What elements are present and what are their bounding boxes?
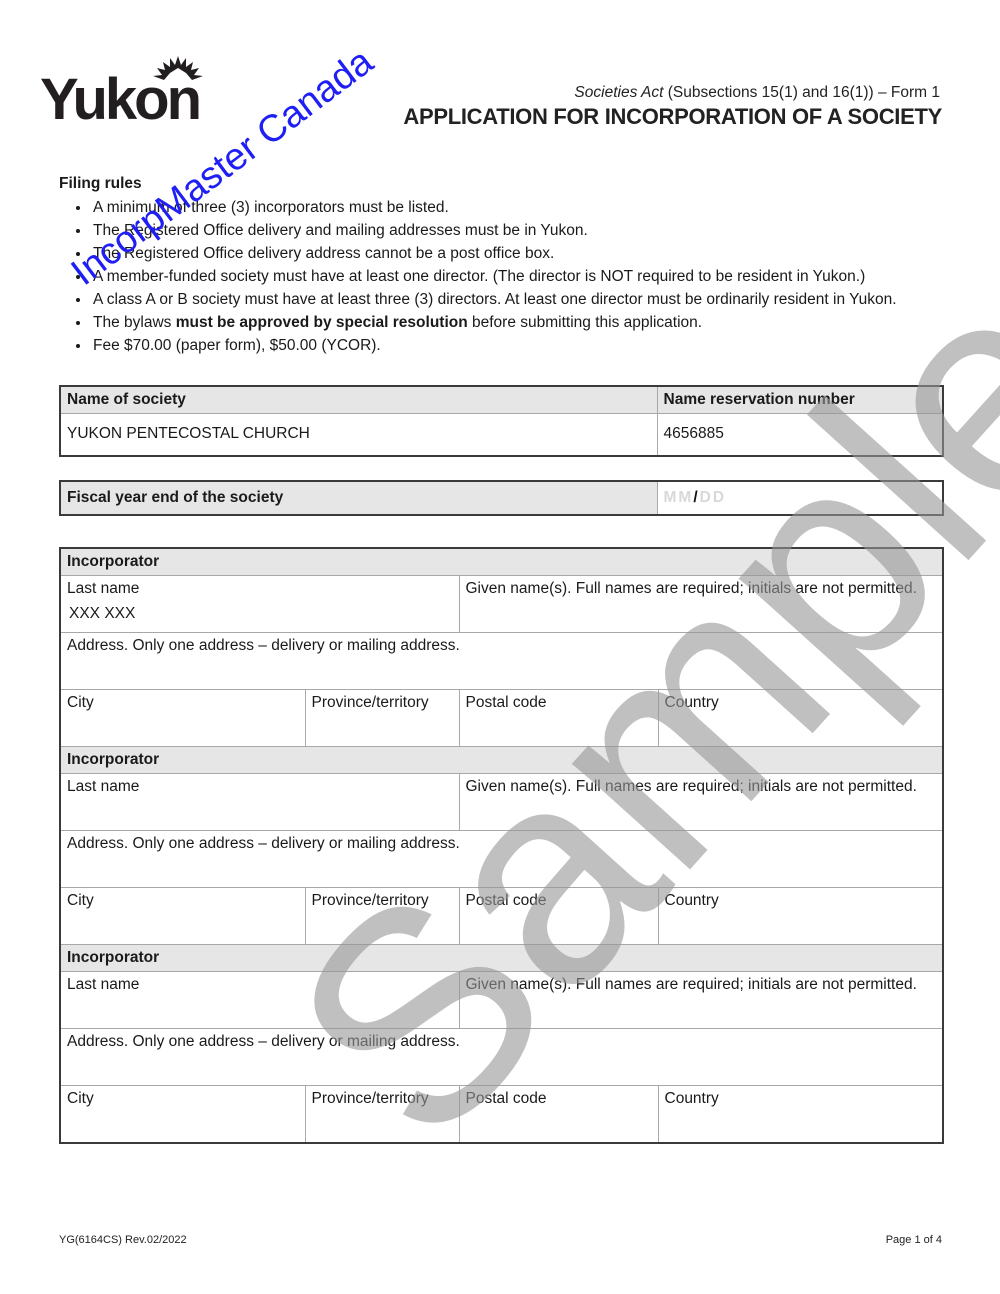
given-names-label: Given name(s). Full names are required; … [466, 580, 937, 598]
address-field[interactable]: Address. Only one address – delivery or … [60, 831, 943, 888]
country-field[interactable]: Country [658, 690, 943, 747]
province-field[interactable]: Province/territory [305, 1086, 459, 1143]
fiscal-year-field[interactable]: MM/DD [657, 481, 943, 515]
list-item: The bylaws must be approved by special r… [91, 311, 959, 334]
form-subtitle: Societies Act (Subsections 15(1) and 16(… [574, 84, 940, 102]
act-subsections: (Subsections 15(1) and 16(1)) – Form 1 [663, 84, 940, 101]
given-names-field[interactable]: Given name(s). Full names are required; … [459, 576, 943, 633]
rule-text: The bylaws [93, 314, 176, 331]
filing-rules-heading: Filing rules [59, 174, 959, 194]
address-label: Address. Only one address – delivery or … [67, 835, 936, 853]
fiscal-year-label: Fiscal year end of the society [60, 481, 657, 515]
filing-rules-list: A minimum of three (3) incorporators mus… [59, 196, 959, 357]
reservation-number-label: Name reservation number [657, 386, 943, 414]
yukon-logo: Yukon [40, 56, 225, 131]
society-name-table: Name of society Name reservation number … [59, 385, 944, 457]
last-name-label: Last name [67, 778, 453, 796]
incorporators-table: Incorporator Last nameXXX XXX Given name… [59, 547, 944, 1144]
incorporator-heading: Incorporator [60, 747, 943, 774]
province-label: Province/territory [312, 892, 453, 910]
city-field[interactable]: City [60, 690, 305, 747]
postal-code-field[interactable]: Postal code [459, 690, 658, 747]
rule-text: before submitting this application. [468, 314, 702, 331]
country-field[interactable]: Country [658, 888, 943, 945]
address-field[interactable]: Address. Only one address – delivery or … [60, 1029, 943, 1086]
city-label: City [67, 694, 299, 712]
country-label: Country [665, 892, 937, 910]
last-name-label: Last name [67, 580, 453, 598]
list-item: A minimum of three (3) incorporators mus… [91, 196, 959, 219]
last-name-field[interactable]: Last nameXXX XXX [60, 576, 459, 633]
reservation-number-field[interactable]: 4656885 [657, 414, 943, 456]
city-field[interactable]: City [60, 888, 305, 945]
city-label: City [67, 1090, 299, 1108]
address-label: Address. Only one address – delivery or … [67, 637, 936, 655]
incorporator-heading: Incorporator [60, 945, 943, 972]
incorporator-heading: Incorporator [60, 548, 943, 576]
given-names-label: Given name(s). Full names are required; … [466, 976, 937, 994]
province-field[interactable]: Province/territory [305, 888, 459, 945]
postal-code-field[interactable]: Postal code [459, 1086, 658, 1143]
city-label: City [67, 892, 299, 910]
city-field[interactable]: City [60, 1086, 305, 1143]
last-name-field[interactable]: Last name [60, 972, 459, 1029]
society-name-label: Name of society [60, 386, 657, 414]
page-title: APPLICATION FOR INCORPORATION OF A SOCIE… [403, 104, 942, 130]
given-names-label: Given name(s). Full names are required; … [466, 778, 937, 796]
postal-code-label: Postal code [466, 1090, 652, 1108]
fiscal-year-placeholder: MM/DD [664, 489, 727, 506]
country-label: Country [665, 1090, 937, 1108]
rule-emphasis: must be approved by special resolution [176, 314, 468, 331]
day-placeholder: DD [700, 489, 726, 506]
list-item: The Registered Office delivery address c… [91, 242, 959, 265]
postal-code-label: Postal code [466, 892, 652, 910]
month-placeholder: MM [664, 489, 694, 506]
address-label: Address. Only one address – delivery or … [67, 1033, 936, 1051]
filing-rules: Filing rules A minimum of three (3) inco… [59, 174, 959, 357]
province-label: Province/territory [312, 1090, 453, 1108]
province-field[interactable]: Province/territory [305, 690, 459, 747]
form-code: YG(6164CS) Rev.02/2022 [59, 1234, 187, 1246]
last-name-field[interactable]: Last name [60, 774, 459, 831]
country-field[interactable]: Country [658, 1086, 943, 1143]
list-item: Fee $70.00 (paper form), $50.00 (YCOR). [91, 334, 959, 357]
page-number: Page 1 of 4 [886, 1234, 942, 1246]
last-name-value: XXX XXX [67, 605, 453, 623]
province-label: Province/territory [312, 694, 453, 712]
given-names-field[interactable]: Given name(s). Full names are required; … [459, 972, 943, 1029]
fiscal-year-table: Fiscal year end of the society MM/DD [59, 480, 944, 516]
logo-wordmark: Yukon [40, 70, 199, 130]
address-field[interactable]: Address. Only one address – delivery or … [60, 633, 943, 690]
list-item: The Registered Office delivery and maili… [91, 219, 959, 242]
postal-code-label: Postal code [466, 694, 652, 712]
act-name: Societies Act [574, 84, 663, 101]
list-item: A class A or B society must have at leas… [91, 288, 959, 311]
postal-code-field[interactable]: Postal code [459, 888, 658, 945]
society-name-field[interactable]: YUKON PENTECOSTAL CHURCH [60, 414, 657, 456]
last-name-label: Last name [67, 976, 453, 994]
given-names-field[interactable]: Given name(s). Full names are required; … [459, 774, 943, 831]
list-item: A member-funded society must have at lea… [91, 265, 959, 288]
country-label: Country [665, 694, 937, 712]
